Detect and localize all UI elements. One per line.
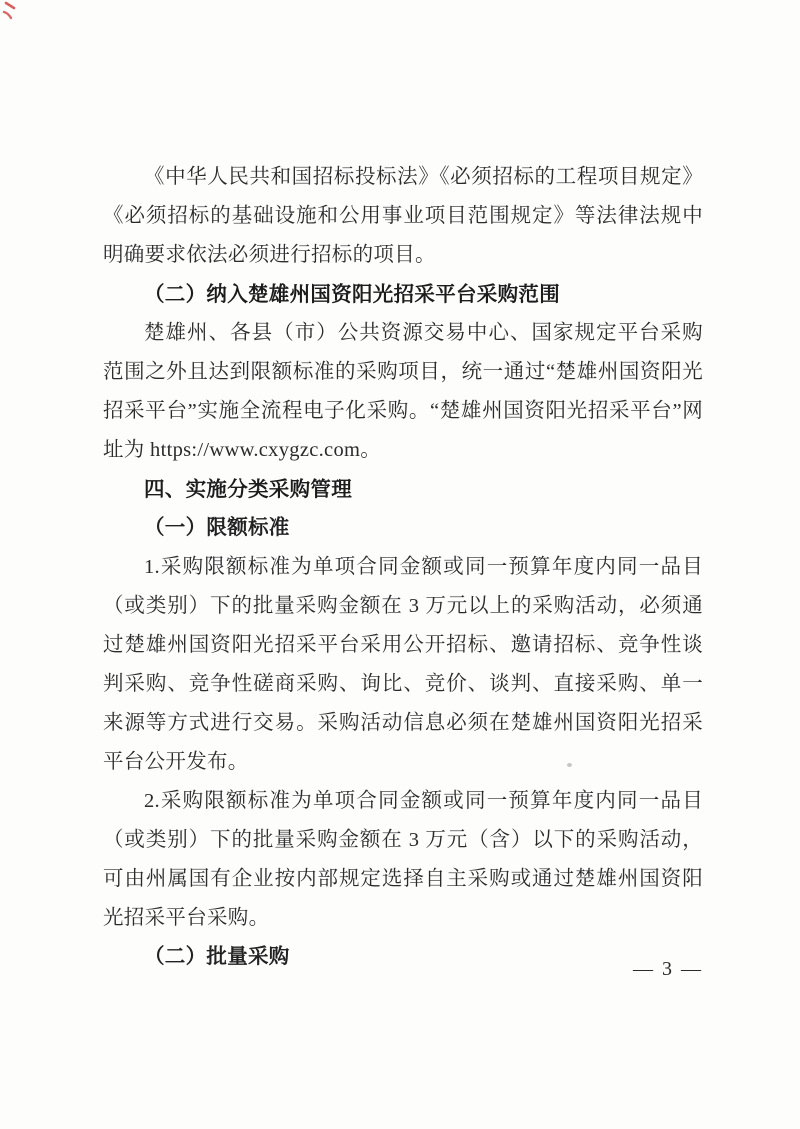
red-pen-mark-icon bbox=[0, 0, 24, 26]
paragraph-quota-below-30k: 2.采购限额标准为单项合同金额或同一预算年度内同一品目（或类别）下的批量采购金额… bbox=[103, 782, 703, 938]
section-heading-platform-scope: （二）纳入楚雄州国资阳光招采平台采购范围 bbox=[103, 275, 703, 314]
subsection-heading-quota-standard: （一）限额标准 bbox=[103, 509, 703, 548]
paragraph-platform-scope-detail: 楚雄州、各县（市）公共资源交易中心、国家规定平台采购范围之外且达到限额标准的采购… bbox=[103, 314, 703, 470]
page-number: — 3 — bbox=[103, 958, 703, 981]
document-body: 《中华人民共和国招标投标法》《必须招标的工程项目规定》《必须招标的基础设施和公用… bbox=[103, 158, 703, 977]
document-page: 《中华人民共和国招标投标法》《必须招标的工程项目规定》《必须招标的基础设施和公用… bbox=[0, 0, 800, 1129]
scan-speck bbox=[567, 763, 572, 767]
paragraph-quota-above-30k: 1.采购限额标准为单项合同金额或同一预算年度内同一品目（或类别）下的批量采购金额… bbox=[103, 548, 703, 782]
paragraph-laws-requiring-bidding: 《中华人民共和国招标投标法》《必须招标的工程项目规定》《必须招标的基础设施和公用… bbox=[103, 158, 703, 275]
section-heading-classified-procurement: 四、实施分类采购管理 bbox=[103, 470, 703, 509]
